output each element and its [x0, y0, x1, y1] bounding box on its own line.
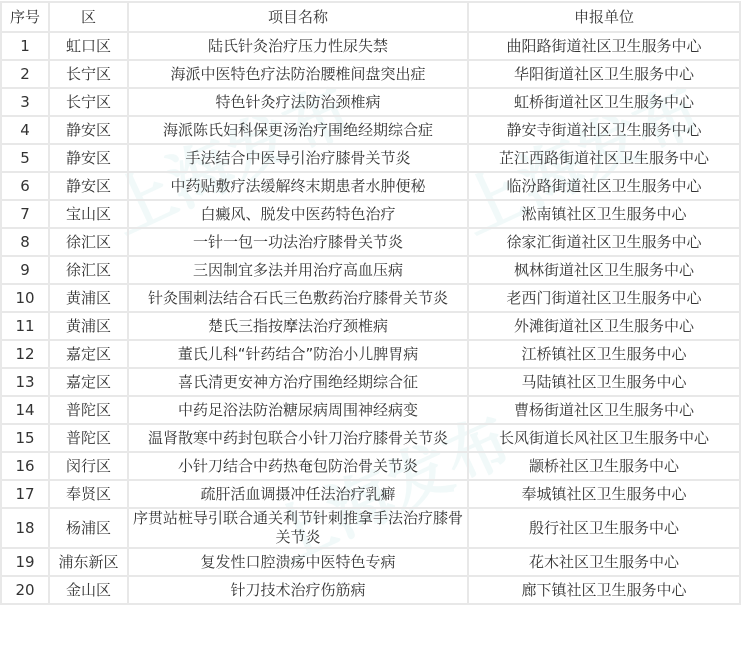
cell-district: 嘉定区 [49, 340, 128, 368]
header-index: 序号 [1, 2, 49, 32]
table-row: 15普陀区温肾散寒中药封包联合小针刀治疗膝骨关节炎长风街道长风社区卫生服务中心 [1, 424, 740, 452]
cell-index: 10 [1, 284, 49, 312]
table-row: 1虹口区陆氏针灸治疗压力性尿失禁曲阳路街道社区卫生服务中心 [1, 32, 740, 60]
cell-index: 13 [1, 368, 49, 396]
cell-index: 16 [1, 452, 49, 480]
cell-project: 中药足浴法防治糖尿病周围神经病变 [128, 396, 468, 424]
table-row: 18杨浦区序贯站桩导引联合通关利节针刺推拿手法治疗膝骨关节炎殷行社区卫生服务中心 [1, 508, 740, 548]
cell-unit: 外滩街道社区卫生服务中心 [468, 312, 740, 340]
cell-district: 静安区 [49, 116, 128, 144]
cell-project: 陆氏针灸治疗压力性尿失禁 [128, 32, 468, 60]
cell-unit: 殷行社区卫生服务中心 [468, 508, 740, 548]
table-row: 16闵行区小针刀结合中药热奄包防治骨关节炎颛桥社区卫生服务中心 [1, 452, 740, 480]
cell-unit: 虹桥街道社区卫生服务中心 [468, 88, 740, 116]
cell-unit: 江桥镇社区卫生服务中心 [468, 340, 740, 368]
cell-project: 喜氏清更安神方治疗围绝经期综合征 [128, 368, 468, 396]
cell-index: 9 [1, 256, 49, 284]
cell-unit: 临汾路街道社区卫生服务中心 [468, 172, 740, 200]
cell-project: 楚氏三指按摩法治疗颈椎病 [128, 312, 468, 340]
cell-index: 17 [1, 480, 49, 508]
cell-district: 长宁区 [49, 60, 128, 88]
cell-project: 温肾散寒中药封包联合小针刀治疗膝骨关节炎 [128, 424, 468, 452]
cell-project: 一针一包一功法治疗膝骨关节炎 [128, 228, 468, 256]
cell-unit: 廊下镇社区卫生服务中心 [468, 576, 740, 604]
cell-project: 序贯站桩导引联合通关利节针刺推拿手法治疗膝骨关节炎 [128, 508, 468, 548]
cell-project: 小针刀结合中药热奄包防治骨关节炎 [128, 452, 468, 480]
cell-project: 海派中医特色疗法防治腰椎间盘突出症 [128, 60, 468, 88]
cell-project: 三因制宜多法并用治疗高血压病 [128, 256, 468, 284]
table-row: 3长宁区特色针灸疗法防治颈椎病虹桥街道社区卫生服务中心 [1, 88, 740, 116]
table-row: 11黄浦区楚氏三指按摩法治疗颈椎病外滩街道社区卫生服务中心 [1, 312, 740, 340]
table-row: 5静安区手法结合中医导引治疗膝骨关节炎芷江西路街道社区卫生服务中心 [1, 144, 740, 172]
cell-district: 静安区 [49, 172, 128, 200]
cell-unit: 花木社区卫生服务中心 [468, 548, 740, 576]
cell-project: 疏肝活血调摄冲任法治疗乳癖 [128, 480, 468, 508]
cell-unit: 奉城镇社区卫生服务中心 [468, 480, 740, 508]
cell-index: 6 [1, 172, 49, 200]
cell-unit: 徐家汇街道社区卫生服务中心 [468, 228, 740, 256]
cell-unit: 华阳街道社区卫生服务中心 [468, 60, 740, 88]
cell-district: 长宁区 [49, 88, 128, 116]
cell-index: 19 [1, 548, 49, 576]
cell-project: 针刀技术治疗伤筋病 [128, 576, 468, 604]
table-row: 7宝山区白癜风、脱发中医药特色治疗淞南镇社区卫生服务中心 [1, 200, 740, 228]
cell-project: 手法结合中医导引治疗膝骨关节炎 [128, 144, 468, 172]
cell-district: 杨浦区 [49, 508, 128, 548]
table-row: 4静安区海派陈氏妇科保更汤治疗围绝经期综合症静安寺街道社区卫生服务中心 [1, 116, 740, 144]
cell-index: 12 [1, 340, 49, 368]
cell-unit: 曹杨街道社区卫生服务中心 [468, 396, 740, 424]
cell-index: 4 [1, 116, 49, 144]
cell-unit: 长风街道长风社区卫生服务中心 [468, 424, 740, 452]
cell-project: 特色针灸疗法防治颈椎病 [128, 88, 468, 116]
cell-district: 浦东新区 [49, 548, 128, 576]
header-project: 项目名称 [128, 2, 468, 32]
cell-unit: 静安寺街道社区卫生服务中心 [468, 116, 740, 144]
cell-district: 徐汇区 [49, 256, 128, 284]
cell-index: 15 [1, 424, 49, 452]
header-district: 区 [49, 2, 128, 32]
cell-index: 2 [1, 60, 49, 88]
cell-index: 5 [1, 144, 49, 172]
table-row: 20金山区针刀技术治疗伤筋病廊下镇社区卫生服务中心 [1, 576, 740, 604]
table-row: 13嘉定区喜氏清更安神方治疗围绝经期综合征马陆镇社区卫生服务中心 [1, 368, 740, 396]
cell-index: 18 [1, 508, 49, 548]
cell-index: 7 [1, 200, 49, 228]
table-row: 9徐汇区三因制宜多法并用治疗高血压病枫林街道社区卫生服务中心 [1, 256, 740, 284]
cell-index: 20 [1, 576, 49, 604]
header-unit: 申报单位 [468, 2, 740, 32]
cell-district: 闵行区 [49, 452, 128, 480]
cell-unit: 马陆镇社区卫生服务中心 [468, 368, 740, 396]
table-row: 19浦东新区复发性口腔溃疡中医特色专病花木社区卫生服务中心 [1, 548, 740, 576]
cell-unit: 曲阳路街道社区卫生服务中心 [468, 32, 740, 60]
cell-index: 8 [1, 228, 49, 256]
table-row: 8徐汇区一针一包一功法治疗膝骨关节炎徐家汇街道社区卫生服务中心 [1, 228, 740, 256]
table-body: 1虹口区陆氏针灸治疗压力性尿失禁曲阳路街道社区卫生服务中心2长宁区海派中医特色疗… [1, 32, 740, 604]
table-row: 10黄浦区针灸围刺法结合石氏三色敷药治疗膝骨关节炎老西门街道社区卫生服务中心 [1, 284, 740, 312]
cell-project: 中药贴敷疗法缓解终末期患者水肿便秘 [128, 172, 468, 200]
table-row: 6静安区中药贴敷疗法缓解终末期患者水肿便秘临汾路街道社区卫生服务中心 [1, 172, 740, 200]
cell-district: 徐汇区 [49, 228, 128, 256]
cell-unit: 颛桥社区卫生服务中心 [468, 452, 740, 480]
cell-project: 针灸围刺法结合石氏三色敷药治疗膝骨关节炎 [128, 284, 468, 312]
project-table: 序号 区 项目名称 申报单位 1虹口区陆氏针灸治疗压力性尿失禁曲阳路街道社区卫生… [0, 1, 741, 605]
cell-index: 11 [1, 312, 49, 340]
cell-district: 奉贤区 [49, 480, 128, 508]
cell-district: 黄浦区 [49, 312, 128, 340]
cell-index: 14 [1, 396, 49, 424]
cell-project: 复发性口腔溃疡中医特色专病 [128, 548, 468, 576]
table-row: 2长宁区海派中医特色疗法防治腰椎间盘突出症华阳街道社区卫生服务中心 [1, 60, 740, 88]
table-header-row: 序号 区 项目名称 申报单位 [1, 2, 740, 32]
cell-project: 白癜风、脱发中医药特色治疗 [128, 200, 468, 228]
cell-district: 普陀区 [49, 424, 128, 452]
table-row: 12嘉定区董氏儿科“针药结合”防治小儿脾胃病江桥镇社区卫生服务中心 [1, 340, 740, 368]
cell-district: 普陀区 [49, 396, 128, 424]
cell-district: 黄浦区 [49, 284, 128, 312]
cell-district: 宝山区 [49, 200, 128, 228]
cell-district: 虹口区 [49, 32, 128, 60]
cell-district: 静安区 [49, 144, 128, 172]
cell-unit: 淞南镇社区卫生服务中心 [468, 200, 740, 228]
cell-project: 海派陈氏妇科保更汤治疗围绝经期综合症 [128, 116, 468, 144]
cell-index: 1 [1, 32, 49, 60]
table-row: 14普陀区中药足浴法防治糖尿病周围神经病变曹杨街道社区卫生服务中心 [1, 396, 740, 424]
cell-unit: 老西门街道社区卫生服务中心 [468, 284, 740, 312]
cell-district: 嘉定区 [49, 368, 128, 396]
cell-project: 董氏儿科“针药结合”防治小儿脾胃病 [128, 340, 468, 368]
cell-unit: 芷江西路街道社区卫生服务中心 [468, 144, 740, 172]
cell-index: 3 [1, 88, 49, 116]
table-row: 17奉贤区疏肝活血调摄冲任法治疗乳癖奉城镇社区卫生服务中心 [1, 480, 740, 508]
cell-unit: 枫林街道社区卫生服务中心 [468, 256, 740, 284]
cell-district: 金山区 [49, 576, 128, 604]
